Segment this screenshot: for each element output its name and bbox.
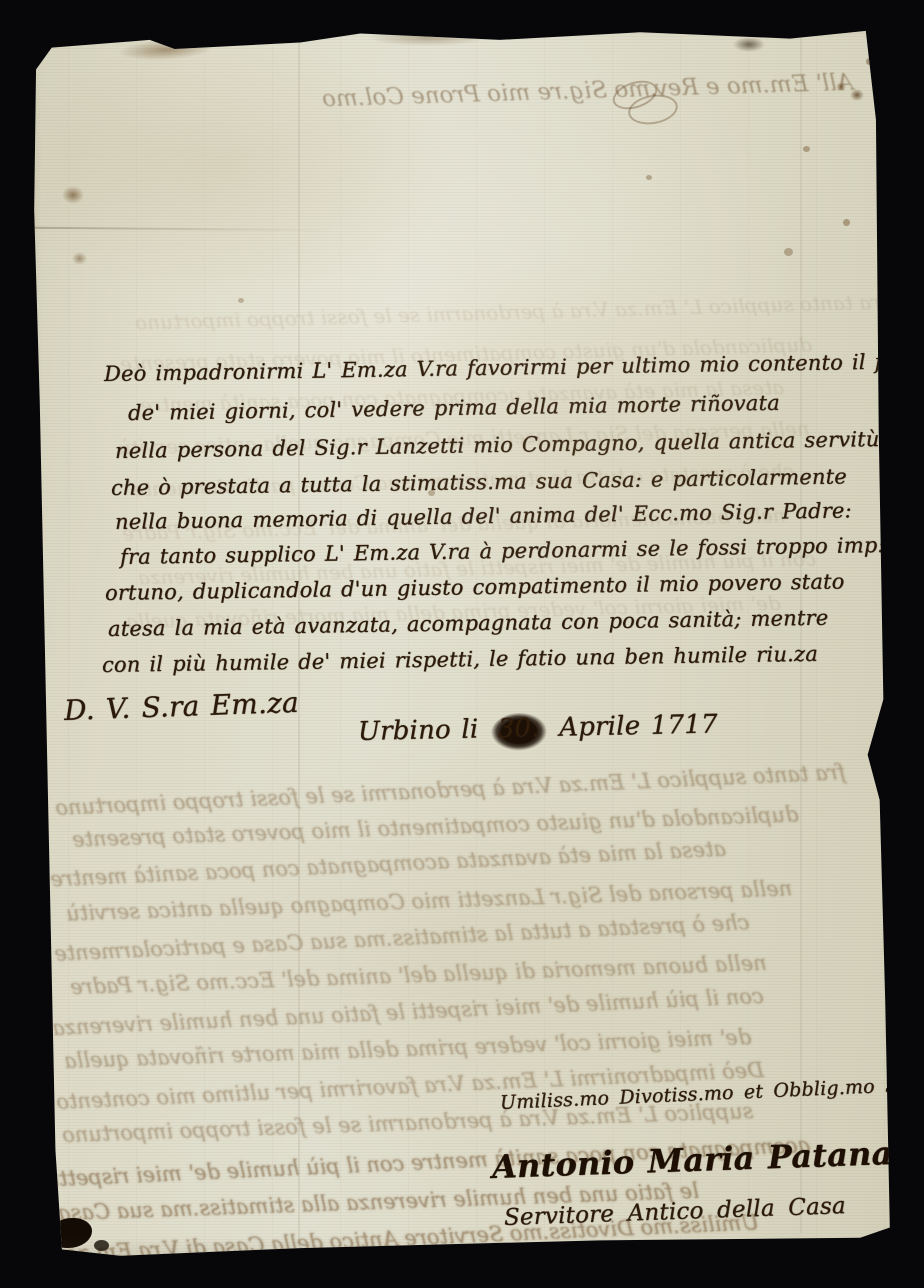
foxing-spot — [62, 186, 84, 204]
bleedthrough-address: All' Em.mo e Rev.mo Sig.re mio Prone Col… — [322, 70, 854, 113]
date-day-inkblot: 30. — [490, 712, 547, 751]
foxing-spot — [843, 219, 850, 226]
manuscript-page: All' Em.mo e Rev.mo Sig.re mio Prone Col… — [0, 0, 924, 1288]
foxing-spot — [238, 298, 244, 303]
fold-crease — [800, 38, 802, 1233]
letter-body-line: che ò prestata a tutta la stimatiss.ma s… — [111, 464, 847, 501]
ink-stain — [118, 38, 214, 63]
foxing-spot — [784, 248, 793, 256]
foxing-spot — [646, 175, 652, 180]
ink-stain — [733, 37, 765, 52]
fold-crease — [298, 42, 300, 1247]
dateline-month-year: Aprile 1717 — [559, 709, 718, 742]
photo-background: All' Em.mo e Rev.mo Sig.re mio Prone Col… — [0, 0, 924, 1288]
letter-body-line: con il più humile de' miei rispetti, le … — [102, 642, 818, 678]
signature-name: Antonio Maria Patanazzi — [491, 1132, 924, 1186]
foxing-spot — [72, 252, 87, 265]
fold-crease — [34, 227, 334, 232]
dateline: Urbino li 30. Aprile 1717 — [358, 708, 719, 754]
foxing-spot — [803, 146, 810, 152]
dateline-place: Urbino li — [358, 714, 479, 747]
bleedthrough-line: fra tanto supplico L' Em.za V.ra à perdo… — [135, 289, 889, 334]
closing-formula: D. V. S.ra Em.za — [63, 686, 299, 728]
ink-stain — [368, 30, 488, 46]
foxing-spot — [866, 58, 873, 65]
